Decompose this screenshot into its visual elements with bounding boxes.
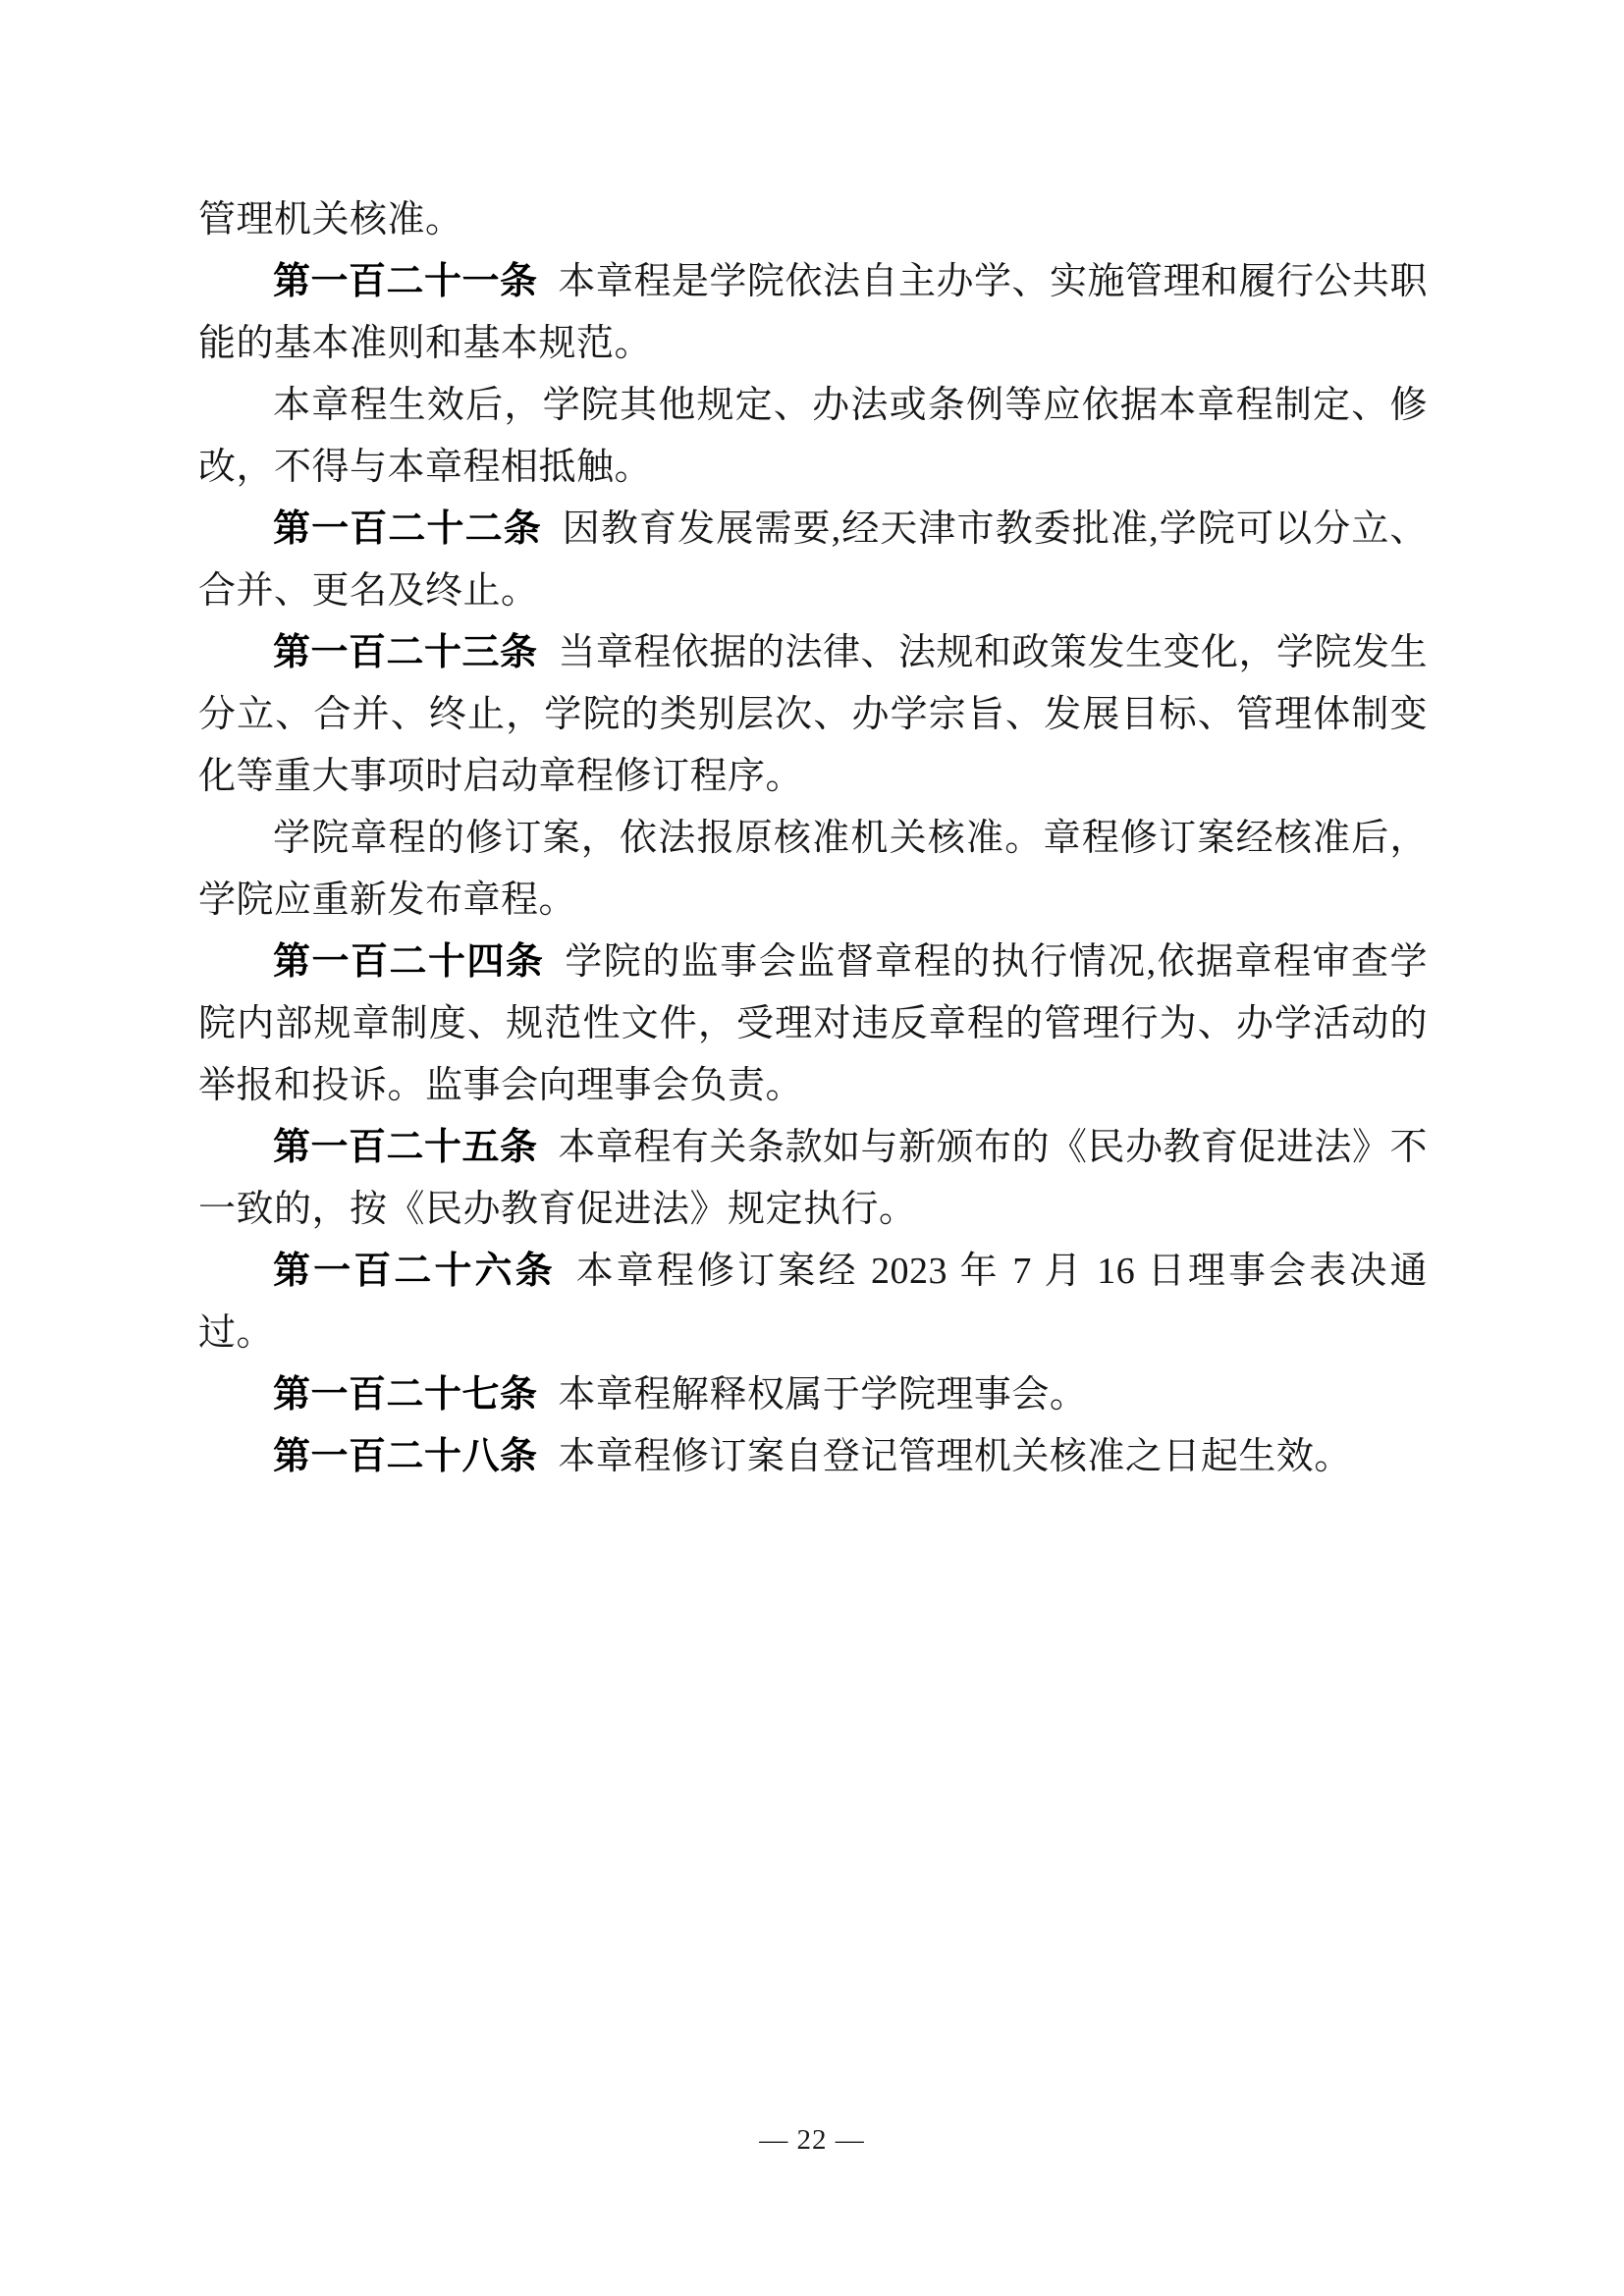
article-number: 第一百二十八条 [273, 1436, 538, 1477]
paragraph: 第一百二十五条本章程有关条款如与新颁布的《民办教育促进法》不一致的，按《民办教育… [198, 1117, 1428, 1241]
paragraph: 第一百二十六条本章程修订案经 2023 年 7 月 16 日理事会表决通过。 [198, 1241, 1428, 1364]
article-number: 第一百二十五条 [273, 1127, 538, 1168]
paragraph: 第一百二十四条学院的监事会监督章程的执行情况,依据章程审查学院内部规章制度、规范… [198, 932, 1428, 1117]
article-number: 第一百二十七条 [273, 1374, 538, 1415]
article-number: 第一百二十四条 [273, 941, 544, 983]
article-number: 第一百二十二条 [273, 508, 542, 550]
paragraph: 第一百二十八条本章程修订案自登记管理机关核准之日起生效。 [198, 1426, 1428, 1488]
article-number: 第一百二十三条 [273, 632, 538, 673]
article-number: 第一百二十一条 [273, 261, 538, 302]
paragraph-text: 本章程解释权属于学院理事会。 [558, 1374, 1087, 1415]
paragraph-text: 学院章程的修订案，依法报原核准机关核准。章程修订案经核准后，学院应重新发布章程。 [198, 818, 1428, 921]
page-number: — 22 — [759, 2124, 865, 2156]
paragraph: 第一百二十一条本章程是学院依法自主办学、实施管理和履行公共职能的基本准则和基本规… [198, 251, 1428, 375]
paragraph: 第一百二十三条当章程依据的法律、法规和政策发生变化，学院发生分立、合并、终止，学… [198, 622, 1428, 808]
paragraph-text: 本章程生效后，学院其他规定、办法或条例等应依据本章程制定、修改，不得与本章程相抵… [198, 385, 1428, 488]
paragraph: 学院章程的修订案，依法报原核准机关核准。章程修订案经核准后，学院应重新发布章程。 [198, 808, 1428, 932]
paragraph-text: 管理机关核准。 [198, 199, 463, 240]
article-number: 第一百二十六条 [273, 1251, 556, 1292]
paragraph-text: 本章程修订案自登记管理机关核准之日起生效。 [558, 1436, 1352, 1477]
paragraph: 第一百二十七条本章程解释权属于学院理事会。 [198, 1364, 1428, 1426]
document-page: 管理机关核准。 第一百二十一条本章程是学院依法自主办学、实施管理和履行公共职能的… [0, 0, 1624, 2296]
page-footer: — 22 — [0, 2123, 1624, 2157]
document-body: 管理机关核准。 第一百二十一条本章程是学院依法自主办学、实施管理和履行公共职能的… [198, 189, 1428, 1488]
paragraph: 第一百二十二条因教育发展需要,经天津市教委批准,学院可以分立、合并、更名及终止。 [198, 499, 1428, 622]
paragraph: 管理机关核准。 [198, 189, 1428, 251]
paragraph: 本章程生效后，学院其他规定、办法或条例等应依据本章程制定、修改，不得与本章程相抵… [198, 375, 1428, 499]
